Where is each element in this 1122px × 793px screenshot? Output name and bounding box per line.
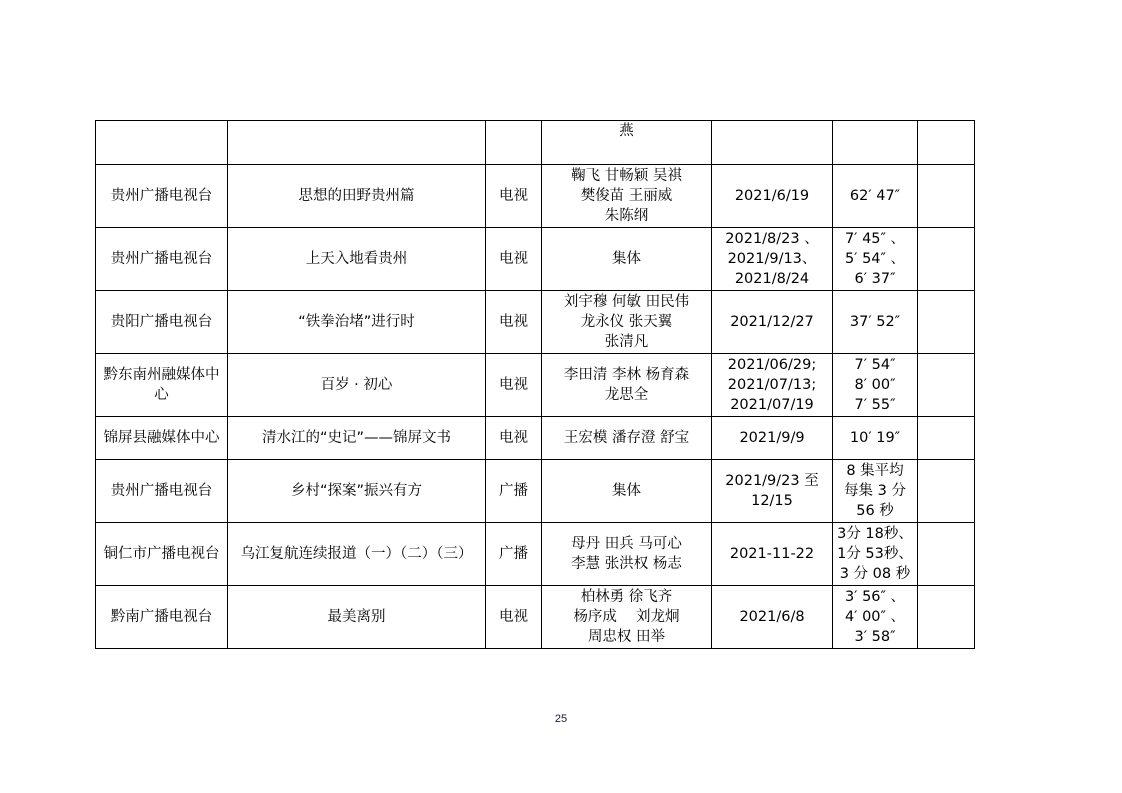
creators-cell: 燕 bbox=[542, 121, 712, 165]
table-row: 铜仁市广播电视台 乌江复航连续报道（一）（二）（三） 广播 母丹 田兵 马可心 … bbox=[96, 523, 975, 586]
duration-cell: 8 集平均 每集 3 分 56 秒 bbox=[833, 460, 918, 523]
date-line: 2021/6/19 bbox=[714, 186, 830, 206]
medium-cell: 电视 bbox=[486, 354, 542, 417]
organization-cell: 黔南广播电视台 bbox=[96, 586, 228, 649]
date-cell: 2021/12/27 bbox=[712, 291, 833, 354]
table-row: 贵阳广播电视台 “铁拳治堵”进行时 电视 刘宇穆 何敏 田民伟 龙永仪 张天翼 … bbox=[96, 291, 975, 354]
duration-line: 6′ 37″ bbox=[835, 269, 915, 289]
medium-cell: 电视 bbox=[486, 228, 542, 291]
table-row: 锦屏县融媒体中心 清水江的“史记”——锦屏文书 电视 王宏模 潘存澄 舒宝 20… bbox=[96, 417, 975, 460]
organization-cell: 贵州广播电视台 bbox=[96, 460, 228, 523]
organization-cell: 黔东南州融媒体中心 bbox=[96, 354, 228, 417]
page-number: 25 bbox=[0, 713, 1122, 725]
date-line: 2021-11-22 bbox=[714, 544, 830, 564]
organization-cell: 贵阳广播电视台 bbox=[96, 291, 228, 354]
medium-cell: 电视 bbox=[486, 165, 542, 228]
duration-line: 8 集平均 bbox=[835, 461, 915, 481]
creators-cell: 李田清 李林 杨育森 龙思全 bbox=[542, 354, 712, 417]
duration-line: 7′ 55″ bbox=[835, 395, 915, 415]
medium-cell: 电视 bbox=[486, 291, 542, 354]
duration-line: 3分 18秒、 bbox=[835, 524, 915, 544]
creator-line: 周忠权 田举 bbox=[544, 627, 709, 647]
date-cell: 2021/6/8 bbox=[712, 586, 833, 649]
document-page: 燕 贵州广播电视台 思想的田野贵州篇 电视 鞠飞 甘畅颖 吴祺 樊俊苗 王丽威 … bbox=[0, 0, 1122, 793]
date-line: 2021/07/19 bbox=[714, 395, 830, 415]
medium-cell: 广播 bbox=[486, 523, 542, 586]
creators-cell: 母丹 田兵 马可心 李慧 张洪权 杨志 bbox=[542, 523, 712, 586]
creator-line: 龙思全 bbox=[544, 385, 709, 405]
creator-line: 柏林勇 徐飞齐 bbox=[544, 587, 709, 607]
date-line: 12/15 bbox=[714, 491, 830, 511]
title-cell bbox=[228, 121, 486, 165]
medium-cell: 电视 bbox=[486, 417, 542, 460]
creator-line: 集体 bbox=[544, 249, 709, 269]
duration-cell: 62′ 47″ bbox=[833, 165, 918, 228]
medium-cell bbox=[486, 121, 542, 165]
creator-line: 龙永仪 张天翼 bbox=[544, 312, 709, 332]
duration-line: 37′ 52″ bbox=[835, 312, 915, 332]
creator-line: 刘宇穆 何敏 田民伟 bbox=[544, 292, 709, 312]
table-row: 贵州广播电视台 乡村“探案”振兴有方 广播 集体 2021/9/23 至 12/… bbox=[96, 460, 975, 523]
title-cell: 乡村“探案”振兴有方 bbox=[228, 460, 486, 523]
creator-line: 集体 bbox=[544, 481, 709, 501]
title-cell: 思想的田野贵州篇 bbox=[228, 165, 486, 228]
title-cell: 乌江复航连续报道（一）（二）（三） bbox=[228, 523, 486, 586]
duration-line: 7′ 54″ bbox=[835, 355, 915, 375]
duration-cell: 7′ 54″ 8′ 00″ 7′ 55″ bbox=[833, 354, 918, 417]
note-cell bbox=[918, 417, 975, 460]
date-cell bbox=[712, 121, 833, 165]
creators-cell: 鞠飞 甘畅颖 吴祺 樊俊苗 王丽威 朱陈纲 bbox=[542, 165, 712, 228]
note-cell bbox=[918, 291, 975, 354]
note-cell bbox=[918, 228, 975, 291]
note-cell bbox=[918, 460, 975, 523]
date-line: 2021/07/13; bbox=[714, 375, 830, 395]
date-line: 2021/06/29; bbox=[714, 355, 830, 375]
creators-cell: 王宏模 潘存澄 舒宝 bbox=[542, 417, 712, 460]
date-line: 2021/6/8 bbox=[714, 607, 830, 627]
creators-cell: 集体 bbox=[542, 228, 712, 291]
creators-cell: 柏林勇 徐飞齐 杨序成 刘龙炯 周忠权 田举 bbox=[542, 586, 712, 649]
date-line: 2021/8/23 、 bbox=[714, 229, 830, 249]
date-line: 2021/9/23 至 bbox=[714, 471, 830, 491]
creator-line: 杨序成 刘龙炯 bbox=[544, 607, 709, 627]
duration-line: 每集 3 分 bbox=[835, 481, 915, 501]
duration-cell: 37′ 52″ bbox=[833, 291, 918, 354]
note-cell bbox=[918, 165, 975, 228]
title-cell: 最美离别 bbox=[228, 586, 486, 649]
date-line: 2021/9/13、 bbox=[714, 249, 830, 269]
date-cell: 2021/8/23 、 2021/9/13、 2021/8/24 bbox=[712, 228, 833, 291]
date-line: 2021/12/27 bbox=[714, 312, 830, 332]
medium-cell: 电视 bbox=[486, 586, 542, 649]
duration-line: 8′ 00″ bbox=[835, 375, 915, 395]
duration-line: 3′ 58″ bbox=[835, 627, 915, 647]
date-line: 2021/9/9 bbox=[714, 428, 830, 448]
creators-cell: 集体 bbox=[542, 460, 712, 523]
duration-cell: 10′ 19″ bbox=[833, 417, 918, 460]
date-line: 2021/8/24 bbox=[714, 269, 830, 289]
note-cell bbox=[918, 523, 975, 586]
table-row: 黔东南州融媒体中心 百岁 · 初心 电视 李田清 李林 杨育森 龙思全 2021… bbox=[96, 354, 975, 417]
awards-table: 燕 贵州广播电视台 思想的田野贵州篇 电视 鞠飞 甘畅颖 吴祺 樊俊苗 王丽威 … bbox=[95, 120, 975, 649]
table-row: 黔南广播电视台 最美离别 电视 柏林勇 徐飞齐 杨序成 刘龙炯 周忠权 田举 2… bbox=[96, 586, 975, 649]
title-cell: 清水江的“史记”——锦屏文书 bbox=[228, 417, 486, 460]
table-row: 贵州广播电视台 思想的田野贵州篇 电视 鞠飞 甘畅颖 吴祺 樊俊苗 王丽威 朱陈… bbox=[96, 165, 975, 228]
creator-line: 李田清 李林 杨育森 bbox=[544, 365, 709, 385]
date-cell: 2021/9/9 bbox=[712, 417, 833, 460]
creators-cell: 刘宇穆 何敏 田民伟 龙永仪 张天翼 张清凡 bbox=[542, 291, 712, 354]
date-cell: 2021/6/19 bbox=[712, 165, 833, 228]
creator-line: 燕 bbox=[544, 121, 709, 141]
duration-cell: 3′ 56″ 、 4′ 00″ 、 3′ 58″ bbox=[833, 586, 918, 649]
title-cell: 上天入地看贵州 bbox=[228, 228, 486, 291]
date-cell: 2021/06/29; 2021/07/13; 2021/07/19 bbox=[712, 354, 833, 417]
duration-line: 3′ 56″ 、 bbox=[835, 587, 915, 607]
duration-line: 7′ 45″ 、 bbox=[835, 229, 915, 249]
organization-cell: 贵州广播电视台 bbox=[96, 165, 228, 228]
table-row: 贵州广播电视台 上天入地看贵州 电视 集体 2021/8/23 、 2021/9… bbox=[96, 228, 975, 291]
title-cell: 百岁 · 初心 bbox=[228, 354, 486, 417]
duration-line: 3 分 08 秒 bbox=[835, 564, 915, 584]
medium-cell: 广播 bbox=[486, 460, 542, 523]
creator-line: 张清凡 bbox=[544, 332, 709, 352]
organization-cell bbox=[96, 121, 228, 165]
creator-line: 鞠飞 甘畅颖 吴祺 bbox=[544, 166, 709, 186]
creator-line: 李慧 张洪权 杨志 bbox=[544, 554, 709, 574]
duration-line: 56 秒 bbox=[835, 501, 915, 521]
creator-line: 母丹 田兵 马可心 bbox=[544, 534, 709, 554]
creator-line: 王宏模 潘存澄 舒宝 bbox=[544, 428, 709, 448]
duration-cell: 7′ 45″ 、 5′ 54″ 、 6′ 37″ bbox=[833, 228, 918, 291]
organization-cell: 铜仁市广播电视台 bbox=[96, 523, 228, 586]
note-cell bbox=[918, 121, 975, 165]
duration-cell: 3分 18秒、 1分 53秒、 3 分 08 秒 bbox=[833, 523, 918, 586]
note-cell bbox=[918, 586, 975, 649]
duration-line: 10′ 19″ bbox=[835, 428, 915, 448]
duration-cell bbox=[833, 121, 918, 165]
organization-cell: 贵州广播电视台 bbox=[96, 228, 228, 291]
creator-line: 樊俊苗 王丽威 bbox=[544, 186, 709, 206]
title-cell: “铁拳治堵”进行时 bbox=[228, 291, 486, 354]
table-row: 燕 bbox=[96, 121, 975, 165]
date-cell: 2021/9/23 至 12/15 bbox=[712, 460, 833, 523]
duration-line: 1分 53秒、 bbox=[835, 544, 915, 564]
note-cell bbox=[918, 354, 975, 417]
duration-line: 4′ 00″ 、 bbox=[835, 607, 915, 627]
duration-line: 62′ 47″ bbox=[835, 186, 915, 206]
date-cell: 2021-11-22 bbox=[712, 523, 833, 586]
duration-line: 5′ 54″ 、 bbox=[835, 249, 915, 269]
organization-cell: 锦屏县融媒体中心 bbox=[96, 417, 228, 460]
creator-line: 朱陈纲 bbox=[544, 206, 709, 226]
